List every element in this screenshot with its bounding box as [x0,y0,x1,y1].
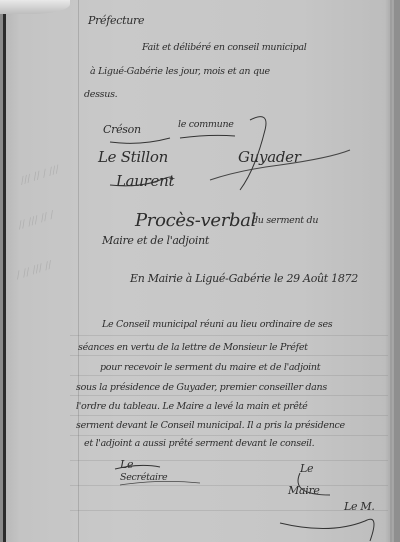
signature-flourishes [100,110,360,210]
body-line-2: séances en vertu de la lettre de Monsieu… [78,342,308,353]
body-line-1: Le Conseil municipal réuni au lieu ordin… [102,319,332,330]
ruled-line [70,415,388,416]
book-binding-shadow [3,10,6,542]
body-line-7: et l'adjoint a aussi prêté serment devan… [84,438,314,449]
body-line-3: pour recevoir le serment du maire et de … [100,362,320,373]
bleed-through-marks: // /// // / [17,210,55,232]
document-subtitle: Maire et de l'adjoint [102,234,209,247]
body-line-4: sous la présidence de Guyader, premier c… [76,382,327,393]
body-line-6: serment devant le Conseil municipal. Il … [76,420,345,431]
closing-line-1: Fait et délibéré en conseil municipal [142,42,306,53]
dateline: En Mairie à Ligué-Gabérie le 29 Août 187… [130,272,358,285]
document-title-suffix: du serment du [252,215,318,226]
closing-line-2: à Ligué-Gabérie les jour, mois et an que [90,66,270,77]
ruled-line [70,355,388,356]
ruled-line [70,335,388,336]
page-corner-fold [0,0,70,14]
document-title: Procès-verbal [135,210,256,231]
document-page: /// // / /// // /// // / / // /// // Pré… [0,0,400,542]
ruled-line [70,375,388,376]
bleed-through-marks: /// // / /// [19,164,60,187]
ruled-line [70,395,388,396]
ruled-line [70,435,388,436]
closing-line-3: dessus. [84,89,117,100]
body-line-5: l'ordre du tableau. Le Maire a levé la m… [76,401,307,412]
closing-flourishes [100,455,400,542]
margin-note-prefecture: Préfecture [88,14,144,27]
bleed-through-marks: / // /// // [15,260,53,282]
